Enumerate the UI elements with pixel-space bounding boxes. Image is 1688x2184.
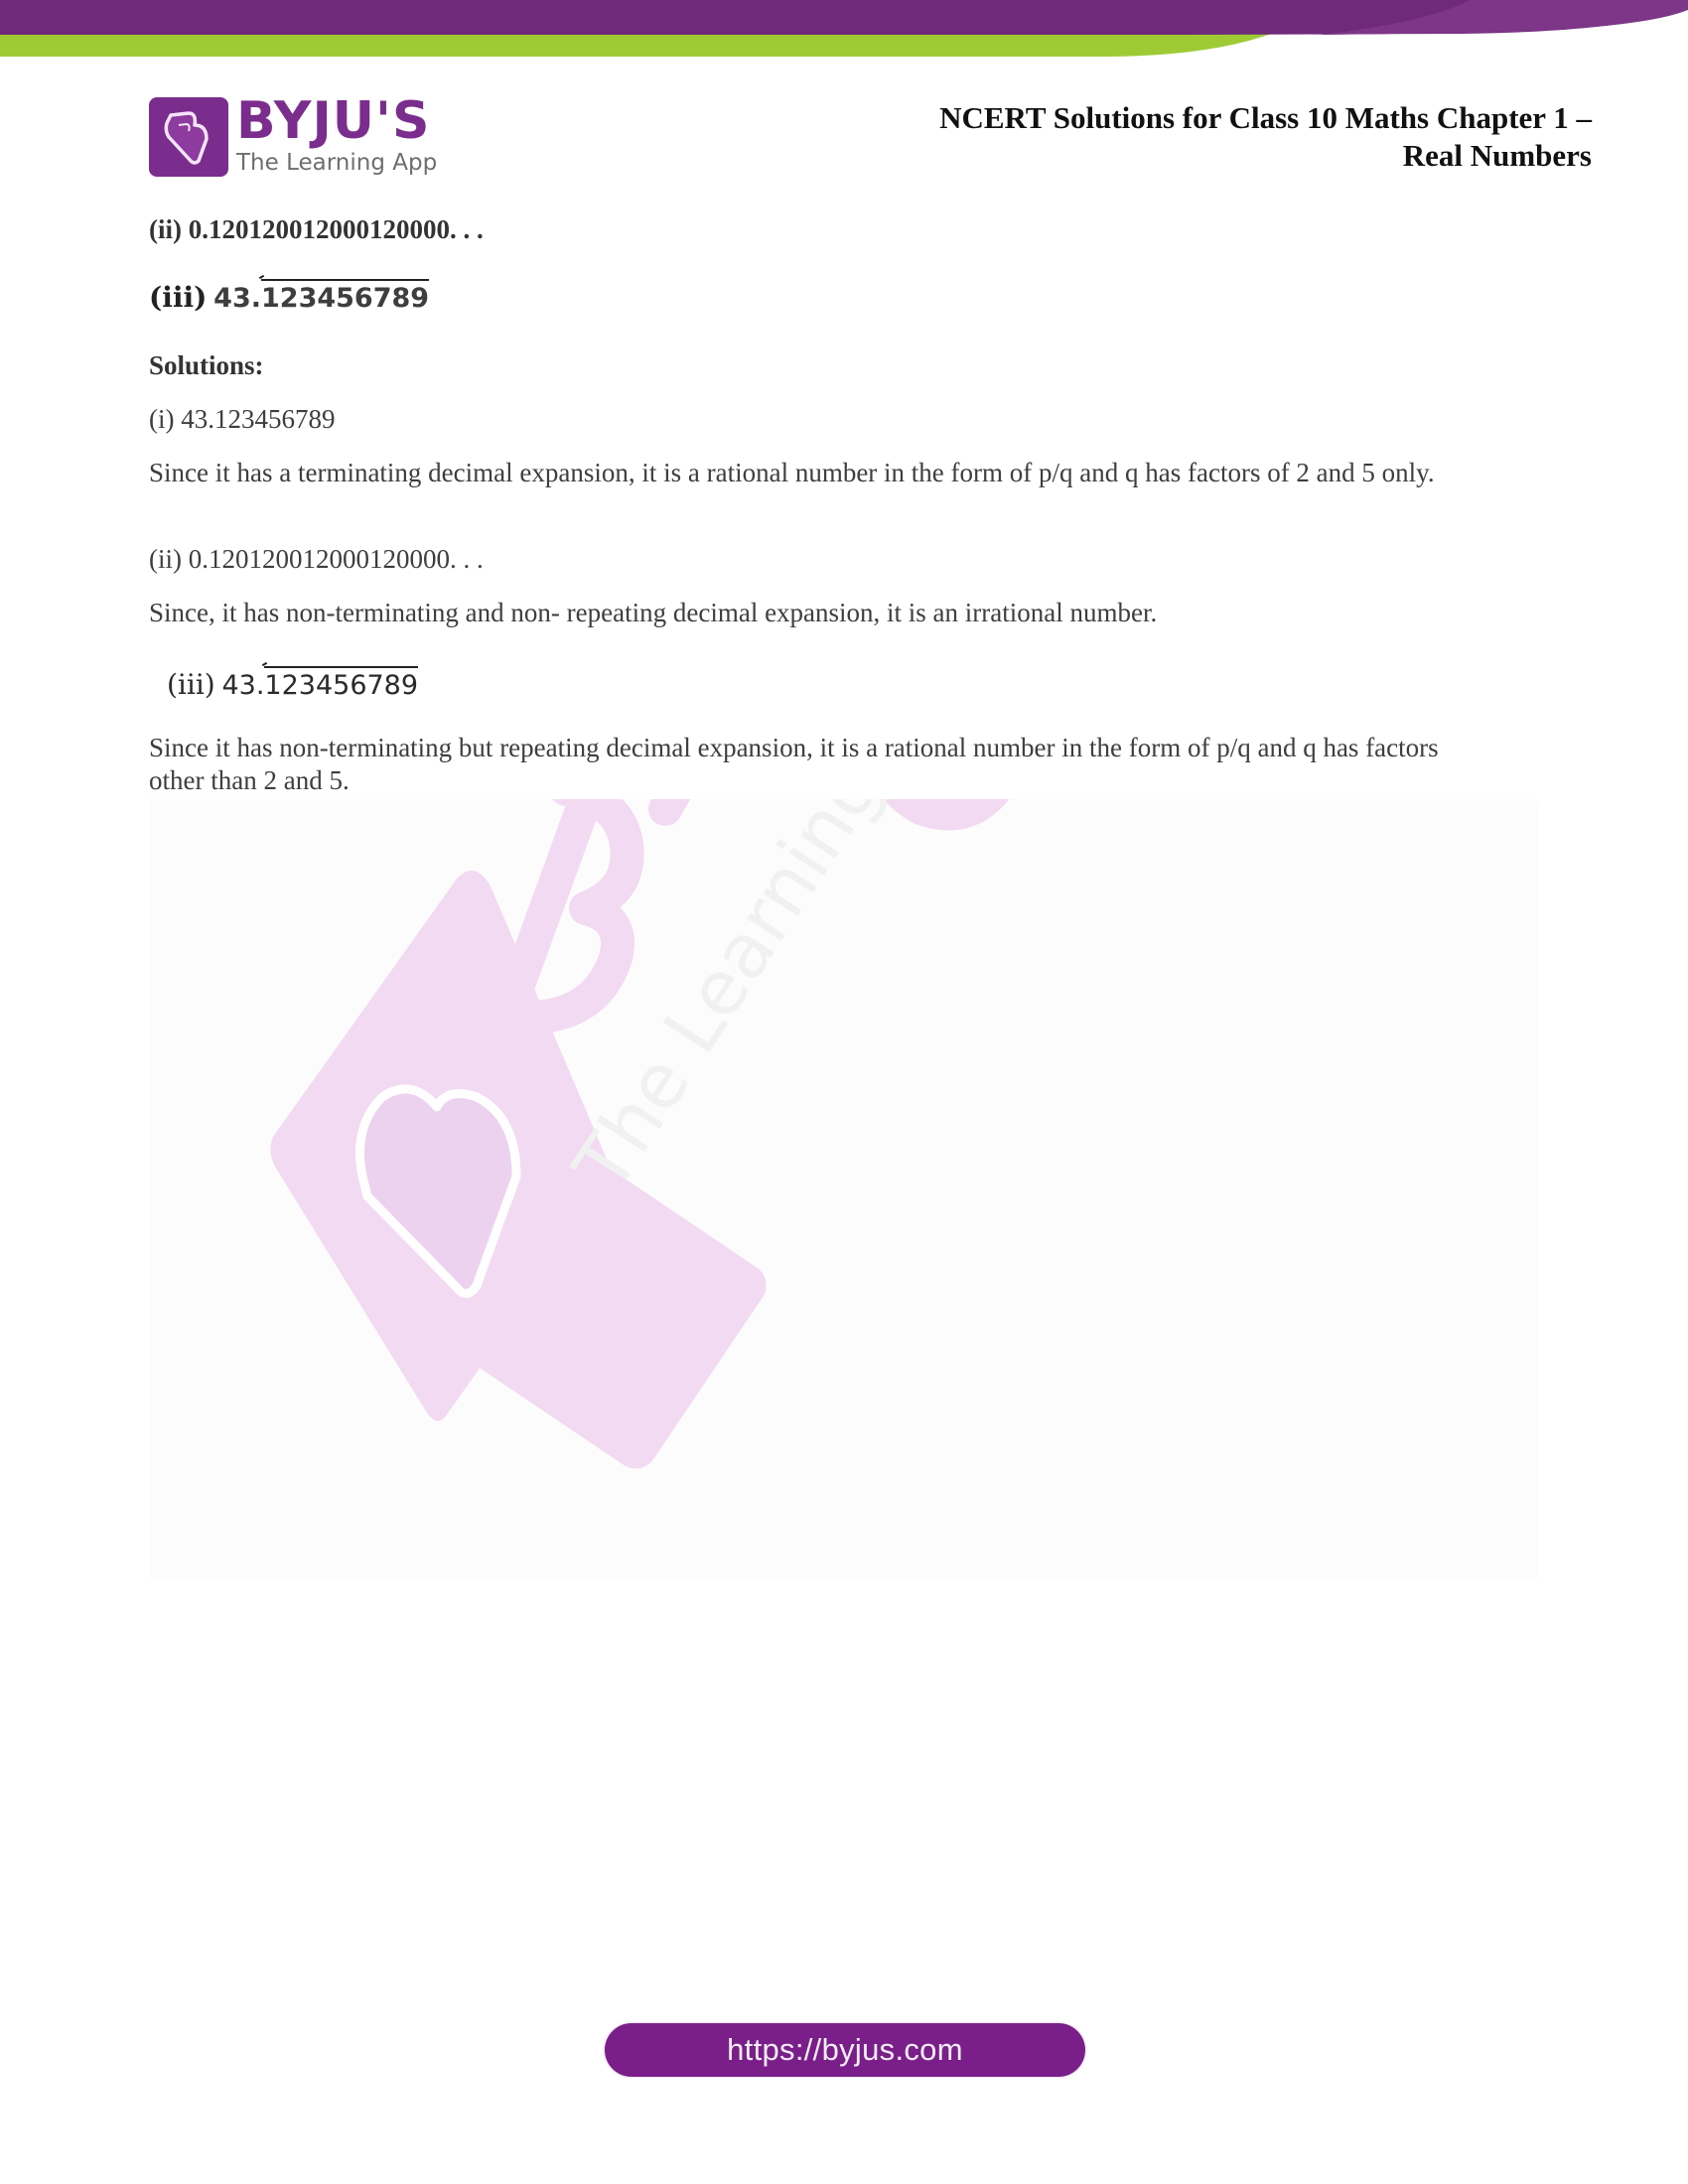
solution-i-label: (i): [149, 404, 174, 434]
solution-i-value: 43.123456789: [181, 404, 335, 434]
solution-i: (i) 43.123456789: [149, 403, 335, 436]
solution-iii-repeating-digits: 123456789: [264, 666, 418, 701]
brand-name: BYJU'S: [236, 91, 430, 151]
question-ii-value: 0.120120012000120000. . .: [189, 214, 484, 244]
byjus-watermark-icon: The Learning App: [149, 799, 1539, 1578]
byjus-logo[interactable]: BYJU'S The Learning App: [149, 97, 432, 179]
question-iii-prefix: 43.: [213, 283, 261, 314]
footer-url-link[interactable]: https://byjus.com: [605, 2023, 1085, 2077]
header-decorative-band: [0, 0, 1688, 60]
page-title-line-1: NCERT Solutions for Class 10 Maths Chapt…: [837, 99, 1592, 137]
page-title-line-2: Real Numbers: [837, 137, 1592, 175]
solution-iii-label: (iii): [167, 668, 215, 701]
solution-ii-explanation: Since, it has non-terminating and non- r…: [149, 597, 1489, 629]
footer-url-text: https://byjus.com: [727, 2032, 963, 2068]
solution-ii-value: 0.120120012000120000. . .: [189, 544, 484, 574]
question-ii: (ii) 0.120120012000120000. . .: [149, 213, 484, 246]
question-iii-repeating-digits: 123456789: [261, 279, 429, 314]
solution-i-explanation: Since it has a terminating decimal expan…: [149, 457, 1489, 489]
brand-tagline: The Learning App: [236, 149, 437, 177]
solution-iii-explanation: Since it has non-terminating but repeati…: [149, 732, 1489, 797]
question-iii-label: (iii): [149, 281, 207, 314]
solution-ii-label: (ii): [149, 544, 182, 574]
question-iii: (iii) 43.123456789: [149, 281, 429, 315]
solution-iii: (iii) 43.123456789: [167, 668, 418, 702]
byjus-b-logo-icon: [149, 97, 228, 177]
question-ii-label: (ii): [149, 214, 182, 244]
solution-ii: (ii) 0.120120012000120000. . .: [149, 543, 484, 576]
solution-iii-prefix: 43.: [221, 670, 264, 701]
solutions-heading: Solutions:: [149, 349, 264, 382]
page-title: NCERT Solutions for Class 10 Maths Chapt…: [837, 99, 1592, 175]
